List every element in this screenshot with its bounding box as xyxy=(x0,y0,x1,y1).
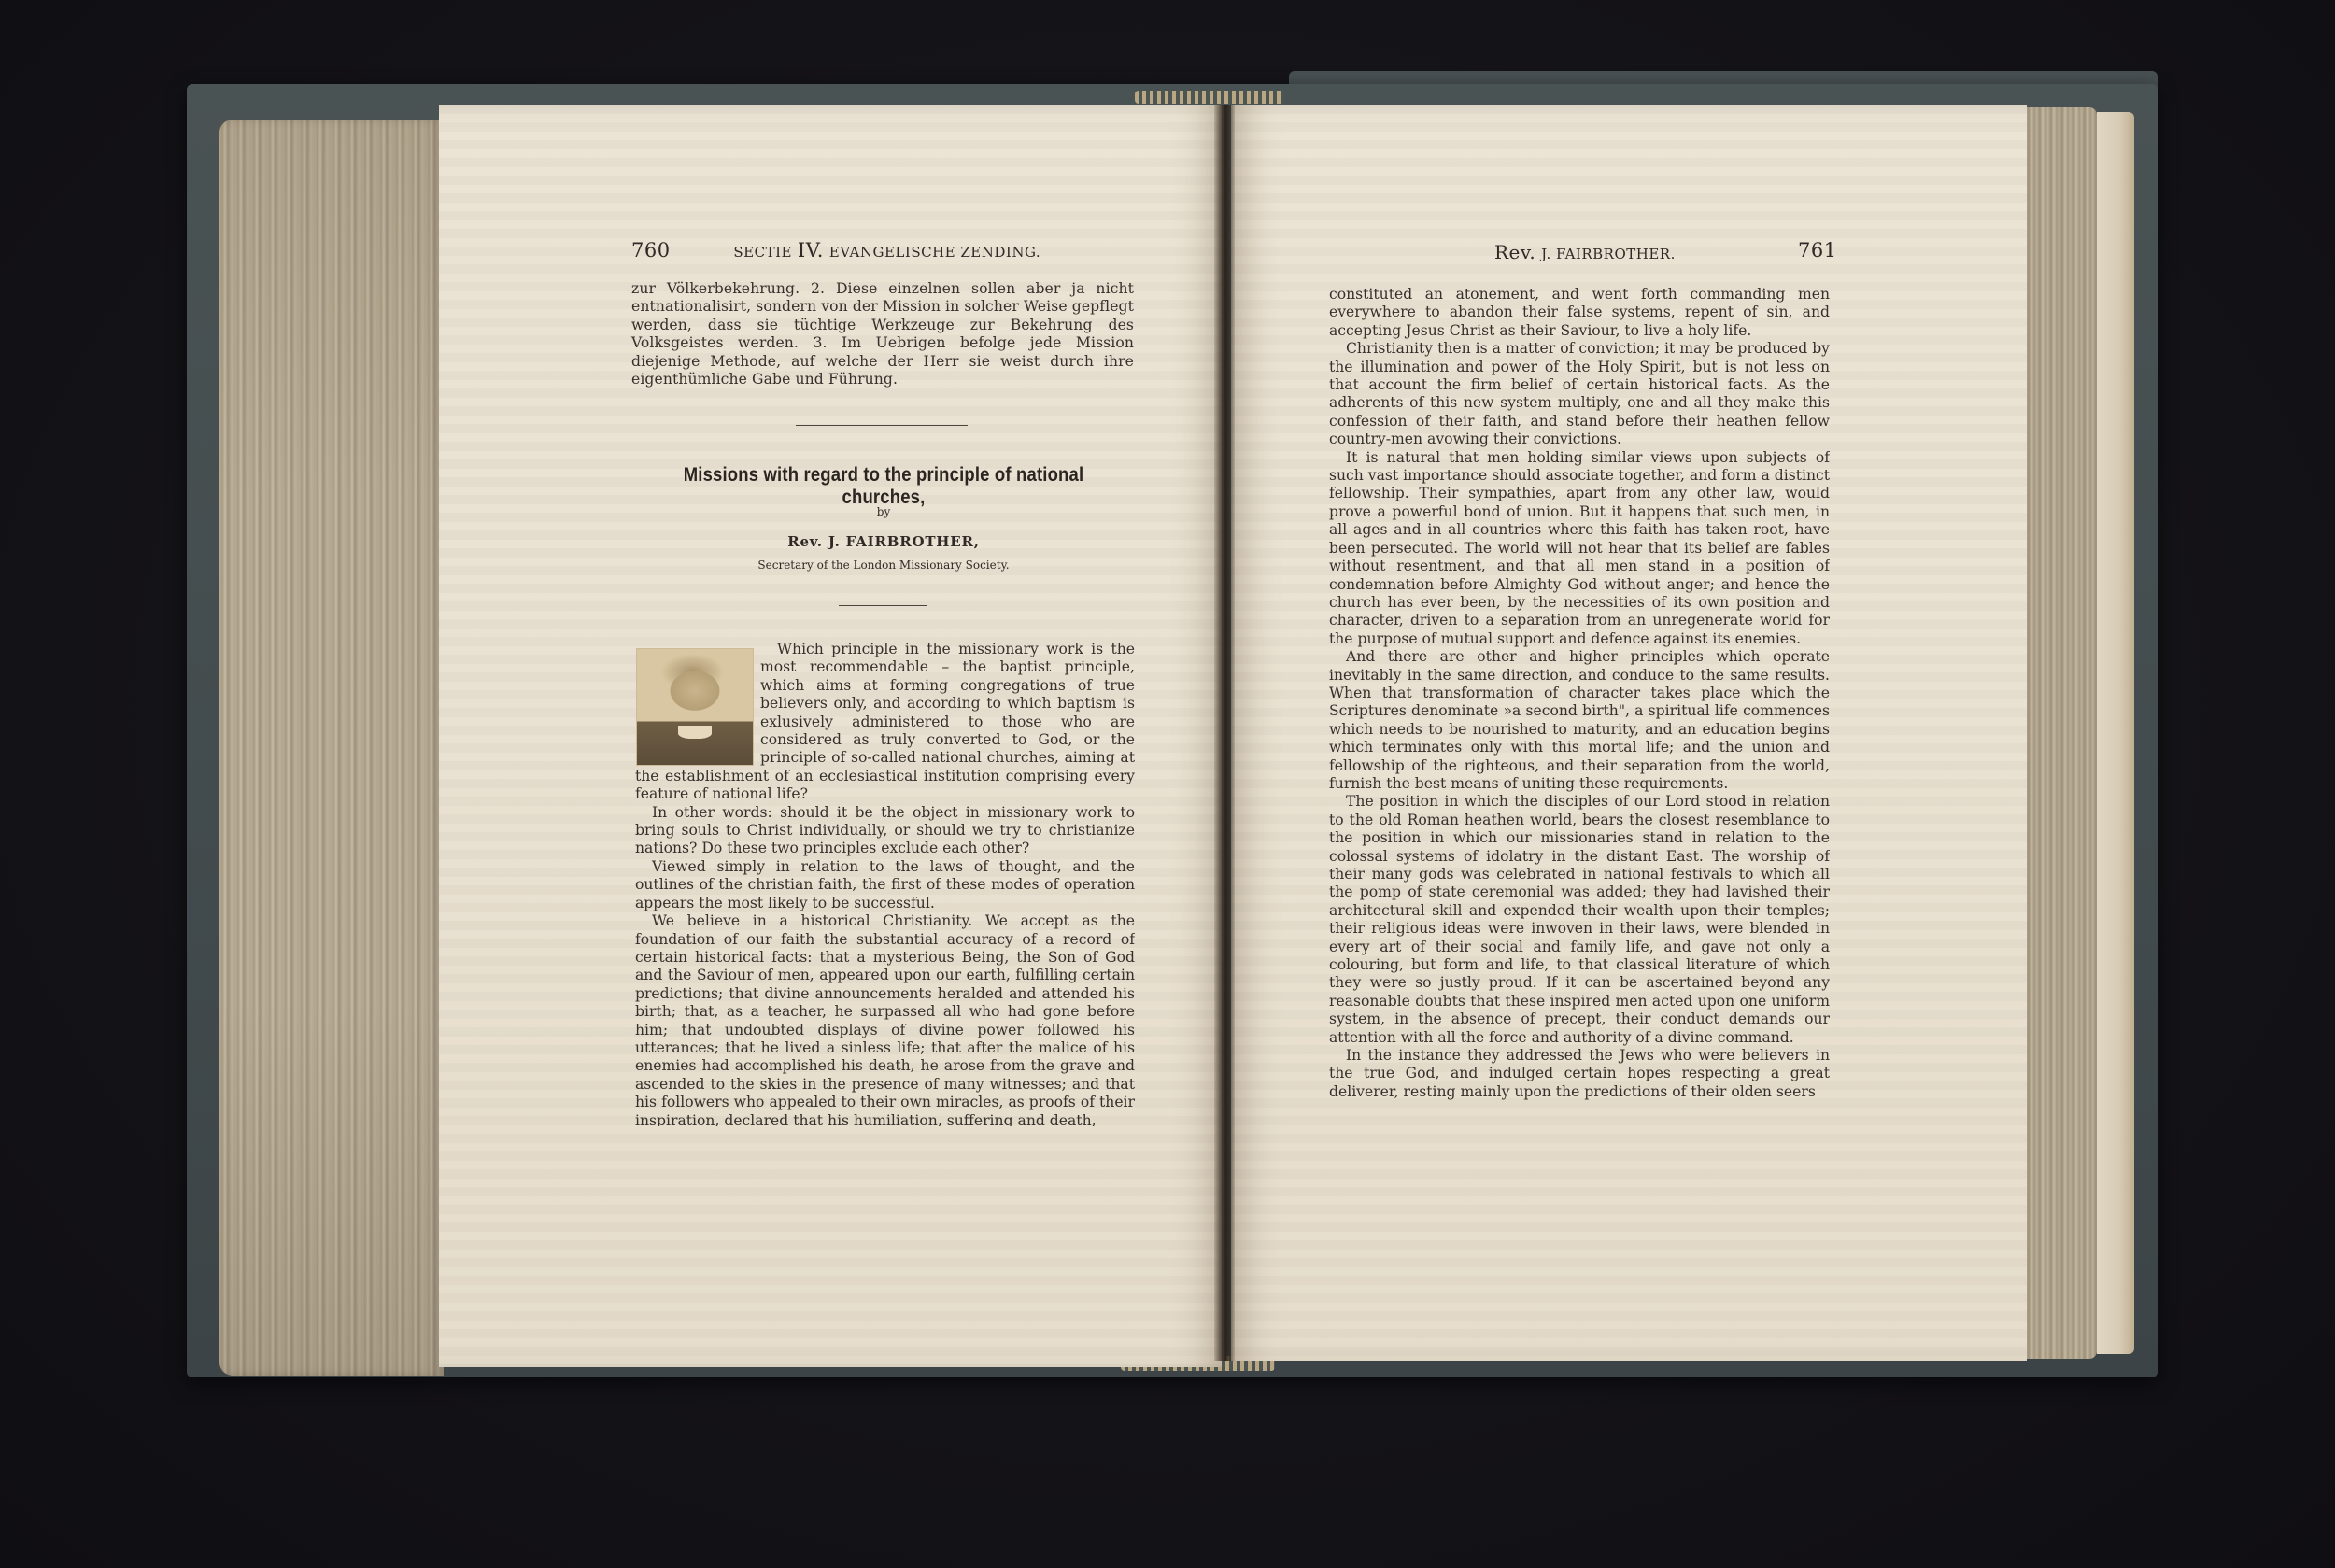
paragraph: It is natural that men holding similar v… xyxy=(1329,449,1830,648)
paragraph: constituted an atonement, and went forth… xyxy=(1329,286,1830,340)
running-head-roman: IV. xyxy=(798,239,824,261)
paragraph: In the instance they addressed the Jews … xyxy=(1329,1047,1830,1101)
running-head-prefix: Rev. xyxy=(1494,241,1535,263)
german-continuation-block: zur Völkerbekehrung. 2. Diese einzelnen … xyxy=(631,280,1134,388)
author-affiliation: Secretary of the London Missionary Socie… xyxy=(631,558,1136,572)
right-body-text: constituted an atonement, and went forth… xyxy=(1329,286,1830,1136)
right-endpaper-edge xyxy=(2097,112,2134,1354)
right-running-head: Rev. J. FAIRBROTHER. xyxy=(1494,241,1676,263)
page-number-right: 761 xyxy=(1798,239,1837,261)
paragraph: We believe in a historical Christianity.… xyxy=(635,912,1135,1126)
book-gutter-spine xyxy=(1214,105,1235,1361)
running-head-section: SECTIE xyxy=(733,244,792,261)
running-head-name: J. FAIRBROTHER. xyxy=(1541,246,1676,262)
portrait-float-space xyxy=(635,641,760,760)
left-fore-edge-pages xyxy=(219,120,444,1376)
left-running-head: 760 SECTIE IV. EVANGELISCHE ZENDING. xyxy=(631,239,1040,261)
paragraph: The position in which the disciples of o… xyxy=(1329,793,1830,1047)
paragraph: In other words: should it be the object … xyxy=(635,804,1135,858)
article-title: Missions with regard to the principle of… xyxy=(661,464,1105,509)
german-paragraph: zur Völkerbekehrung. 2. Diese einzelnen … xyxy=(631,280,1134,388)
title-divider-rule xyxy=(839,605,927,606)
section-divider-rule xyxy=(796,425,968,426)
paragraph: Christianity then is a matter of convict… xyxy=(1329,340,1830,448)
running-head-title: EVANGELISCHE ZENDING. xyxy=(829,244,1040,261)
paragraph: And there are other and higher principle… xyxy=(1329,648,1830,793)
paragraph: Viewed simply in relation to the laws of… xyxy=(635,858,1135,912)
page-number-left: 760 xyxy=(631,239,671,261)
article-author: Rev. J. FAIRBROTHER, xyxy=(631,533,1136,550)
left-body-text: Which principle in the missionary work i… xyxy=(635,641,1135,1126)
spine-headband-top xyxy=(1135,91,1284,104)
byline-by: by xyxy=(631,505,1136,518)
